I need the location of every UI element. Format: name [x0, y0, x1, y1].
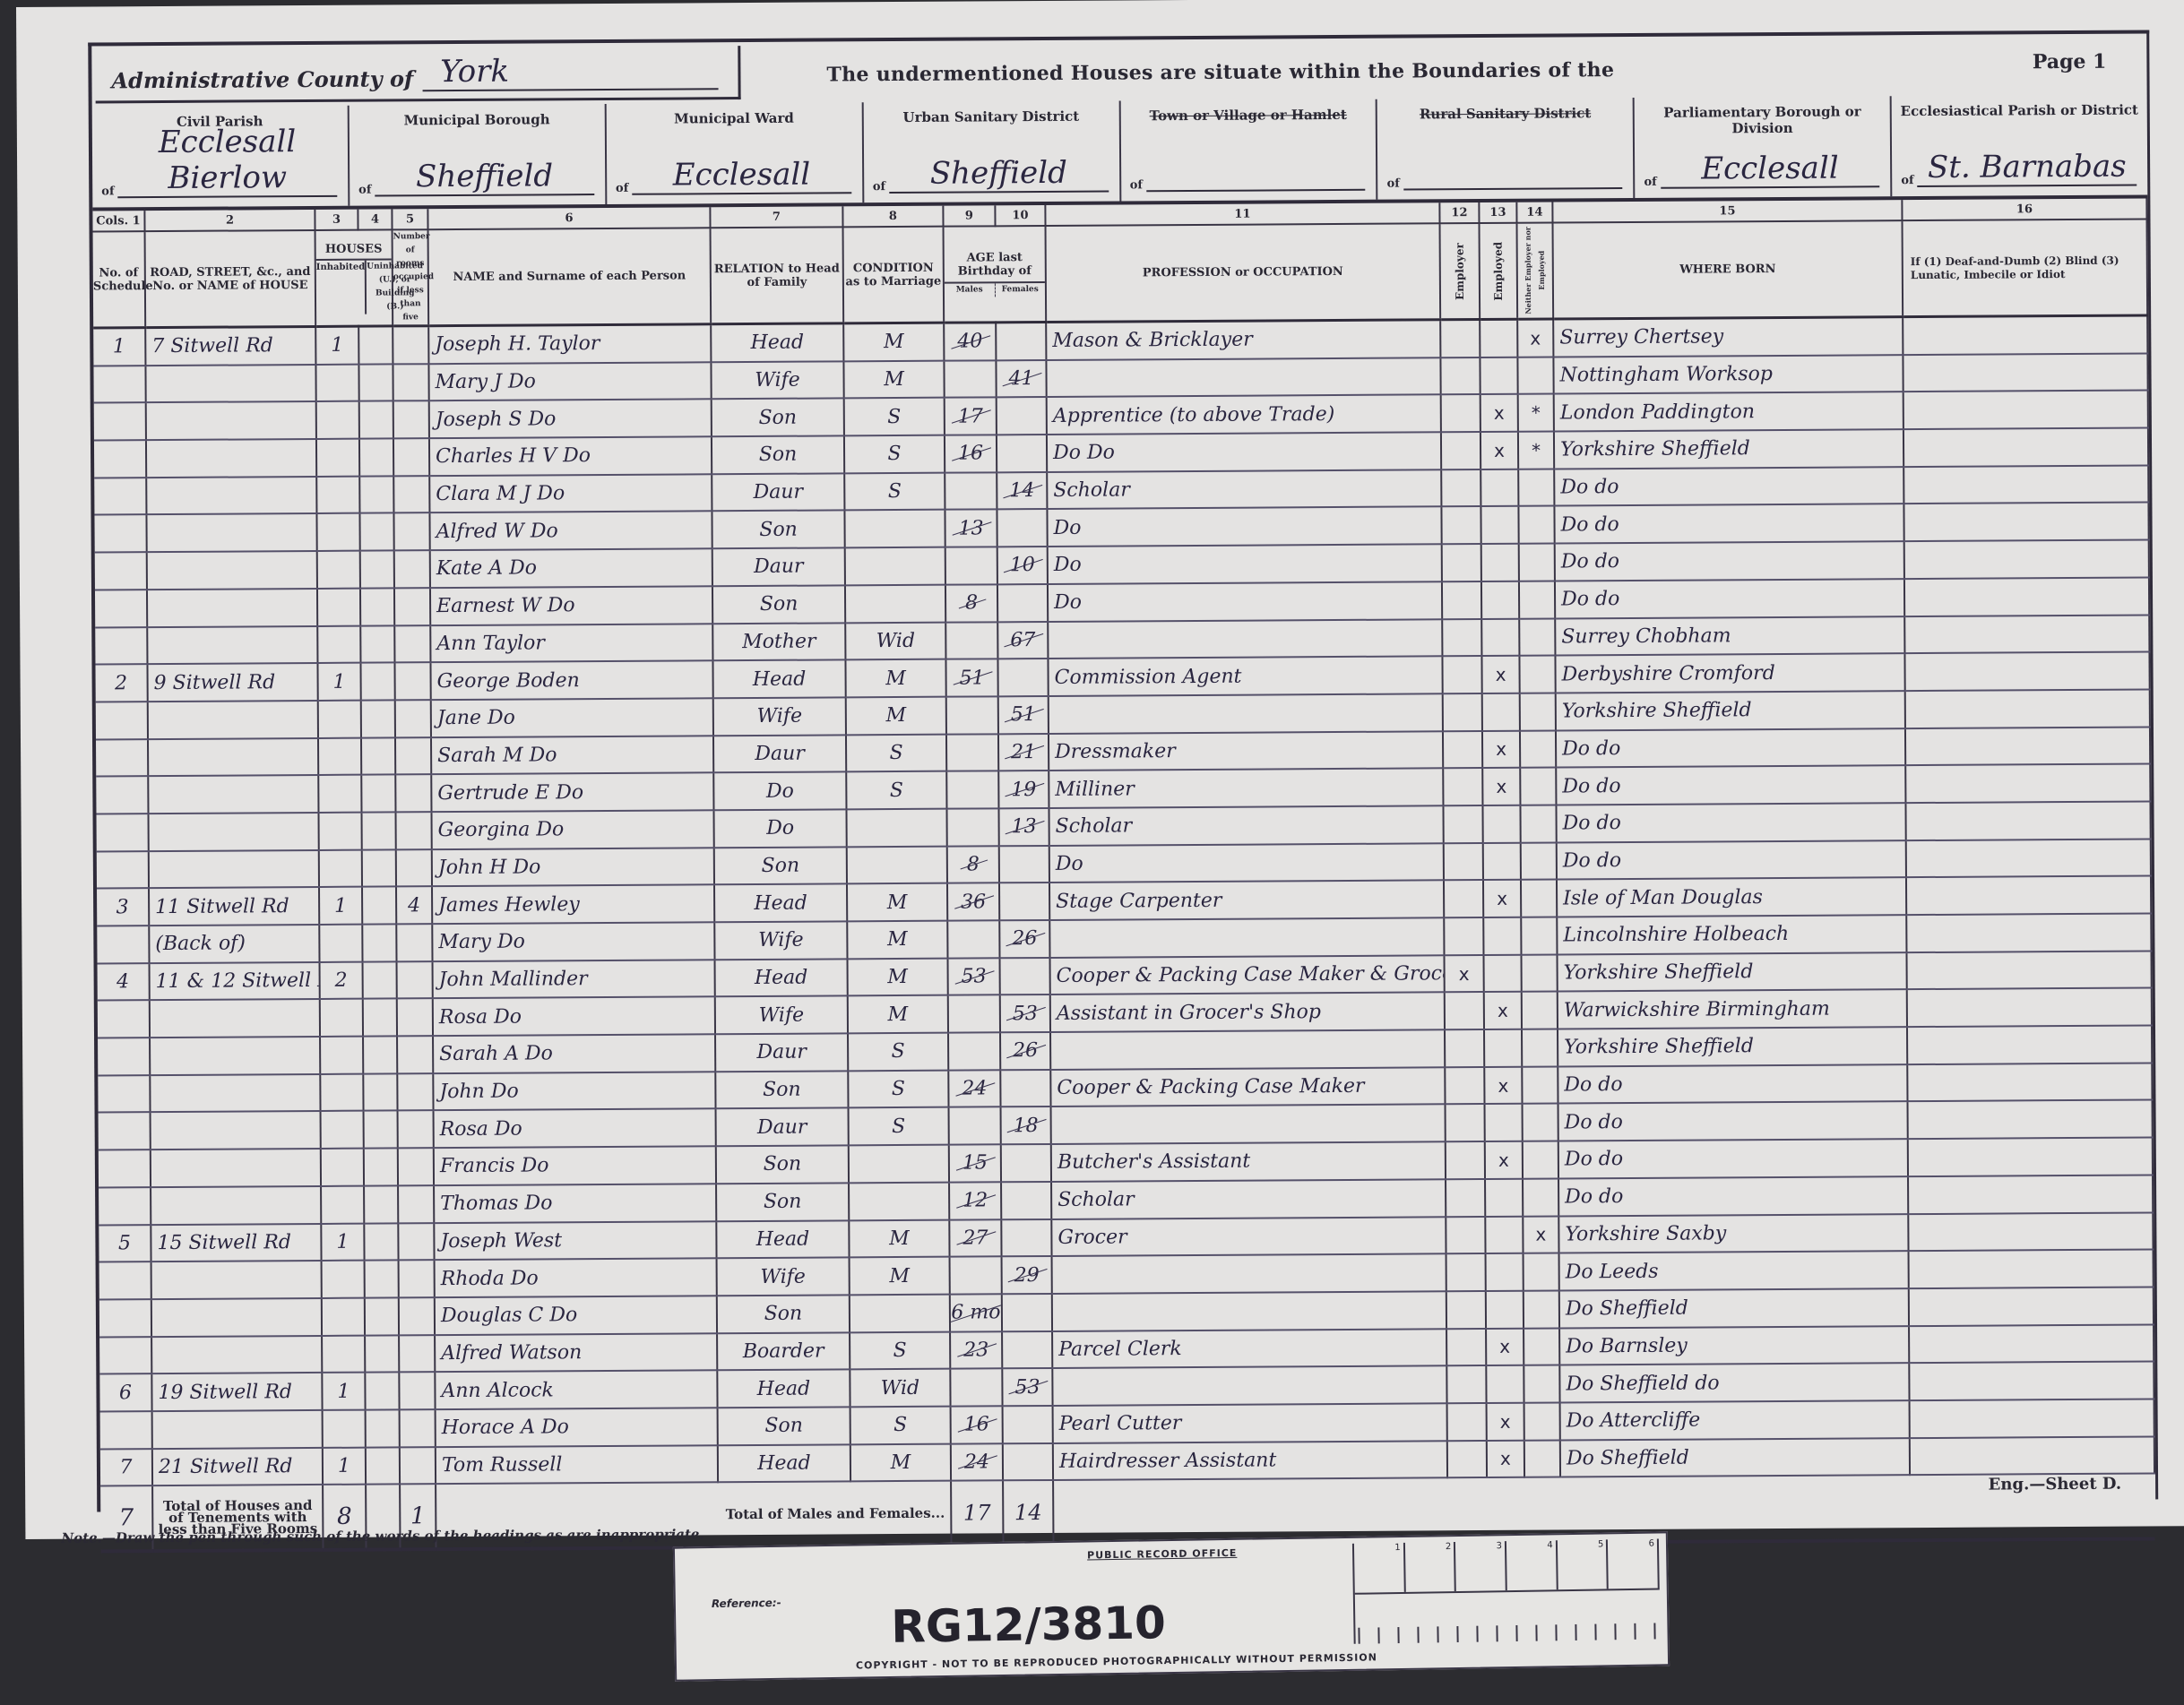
age-female — [997, 659, 1048, 696]
age-male-value: 40 — [957, 331, 982, 353]
age-female: 18 — [1001, 1107, 1051, 1144]
column-number: 6 — [427, 207, 710, 229]
header-males: Males — [945, 283, 996, 297]
age-male-value: 12 — [963, 1190, 988, 1212]
employer-mark — [1441, 394, 1480, 432]
employer-mark — [1443, 731, 1482, 769]
person-name: Rosa Do — [434, 1109, 716, 1149]
birthplace: Nottingham Worksop — [1553, 355, 1903, 394]
census-sheet: Administrative County of York The underm… — [16, 0, 2184, 1539]
empty-cell — [364, 1185, 398, 1223]
rooms-count — [399, 1335, 435, 1373]
occupation: Butcher's Assistant — [1051, 1141, 1446, 1181]
rooms-count — [399, 1297, 435, 1335]
address — [152, 1410, 323, 1449]
age-male: 8 — [945, 584, 997, 622]
neither-mark — [1524, 1290, 1559, 1328]
ruler-tick-label: 6 — [1608, 1538, 1660, 1589]
inhabited-count — [317, 551, 360, 589]
employed-mark: x — [1484, 992, 1522, 1029]
empty-cell — [358, 364, 393, 401]
employed-mark — [1484, 1029, 1522, 1067]
neither-mark — [1523, 1141, 1558, 1179]
age-female: 26 — [1000, 1032, 1050, 1070]
rooms-count — [400, 1409, 436, 1447]
occupation: Parcel Clerk — [1052, 1329, 1446, 1368]
relation: Daur — [713, 735, 846, 773]
age-male-value: 6 mo — [951, 1302, 1000, 1324]
age-male — [946, 696, 998, 734]
birthplace: Do do — [1556, 803, 1905, 842]
occupation: Milliner — [1049, 769, 1443, 808]
neither-mark — [1524, 1365, 1559, 1403]
birthplace: Do do — [1555, 579, 1904, 618]
schedule-number — [97, 814, 149, 851]
occupation: Stage Carpenter — [1049, 881, 1444, 920]
inhabited-count: 1 — [323, 1447, 366, 1485]
employer-mark — [1441, 469, 1480, 507]
condition: S — [848, 1033, 948, 1071]
address — [150, 1074, 320, 1113]
condition — [847, 846, 947, 883]
age-male: 13 — [945, 510, 997, 547]
birthplace: London Paddington — [1554, 392, 1903, 432]
empty-cell — [1909, 1250, 2154, 1288]
inhabited-count — [316, 476, 359, 513]
address — [150, 1037, 320, 1075]
area-civil-parish: Civil Parish ofEcclesall Bierlow — [92, 106, 350, 208]
rooms-count — [395, 737, 431, 775]
area-label: Rural Sanitary District — [1377, 105, 1633, 123]
relation: Do — [713, 809, 846, 848]
age-male — [945, 547, 997, 584]
age-female: 51 — [998, 696, 1049, 734]
age-female: 13 — [998, 808, 1049, 846]
column-number: 5 — [392, 209, 427, 229]
neither-mark: x — [1523, 1216, 1558, 1253]
occupation — [1052, 1291, 1446, 1330]
birthplace: Surrey Chertsey — [1553, 317, 1903, 357]
schedule-number — [96, 776, 148, 814]
schedule-number — [99, 1150, 151, 1187]
neither-mark — [1524, 1402, 1560, 1440]
employed-mark — [1481, 544, 1519, 581]
occupation — [1049, 917, 1444, 957]
inhabited-count — [317, 625, 360, 663]
condition: Wid — [845, 622, 945, 659]
relation: Son — [712, 435, 844, 474]
age-male-value: 16 — [964, 1414, 989, 1436]
person-name: Mary J Do — [428, 362, 711, 401]
rooms-count — [393, 513, 429, 551]
condition — [845, 547, 945, 585]
employer-mark — [1444, 917, 1483, 955]
occupation: Assistant in Grocer's Shop — [1050, 993, 1445, 1032]
birthplace: Lincolnshire Holbeach — [1557, 915, 1906, 954]
employer-mark — [1443, 805, 1482, 843]
condition: M — [847, 883, 947, 921]
empty-cell — [366, 1447, 400, 1485]
age-male: 24 — [948, 1070, 1000, 1107]
occupation: Mason & Bricklayer — [1046, 320, 1440, 360]
employer-mark — [1442, 544, 1481, 581]
age-female: 67 — [997, 621, 1048, 659]
relation: Daur — [712, 547, 845, 586]
inhabited-count: 1 — [317, 663, 360, 701]
age-female — [997, 397, 1047, 435]
relation: Son — [716, 1145, 849, 1184]
condition — [844, 510, 945, 547]
header-employed: Employed — [1480, 223, 1518, 320]
person-name: Kate A Do — [430, 548, 712, 588]
area-value — [1146, 189, 1366, 192]
inhabited-count — [316, 401, 359, 439]
age-female-value: 51 — [1011, 703, 1036, 726]
inhabited-count — [321, 1149, 364, 1186]
column-number: 12 — [1439, 202, 1479, 223]
address — [147, 551, 317, 590]
relation: Son — [712, 399, 844, 437]
empty-cell — [360, 625, 394, 663]
employer-mark — [1445, 992, 1484, 1029]
empty-cell — [361, 812, 395, 849]
age-male — [946, 808, 998, 846]
inhabited-count — [321, 1185, 364, 1223]
census-table-wrap: Cols. 12345678910111213141516 No. of Sch… — [92, 198, 2155, 1553]
age-female-value: 13 — [1012, 815, 1037, 838]
age-female — [999, 883, 1049, 920]
schedule-number — [98, 1075, 150, 1113]
empty-cell — [365, 1261, 399, 1298]
age-male-value: 13 — [958, 517, 983, 539]
condition: S — [846, 734, 946, 771]
age-female — [1001, 1144, 1051, 1182]
birthplace: Do do — [1556, 728, 1905, 768]
employer-mark — [1444, 880, 1483, 917]
empty-cell — [1905, 801, 2150, 840]
age-female — [1001, 1218, 1051, 1256]
rooms-count — [398, 1148, 434, 1185]
schedule-number — [99, 1337, 151, 1374]
birthplace: Yorkshire Sheffield — [1557, 952, 1906, 992]
inhabited-count: 2 — [320, 961, 363, 999]
area-value: St. Barnabas — [1917, 149, 2137, 187]
age-female: 21 — [998, 734, 1049, 771]
employed-mark: x — [1487, 1403, 1524, 1441]
person-name: James Hewley — [432, 885, 714, 925]
rooms-count — [394, 550, 430, 588]
person-name: Alfred Watson — [435, 1333, 717, 1373]
of-label: of — [616, 182, 628, 195]
address — [146, 513, 316, 552]
person-name: Sarah M Do — [431, 736, 713, 775]
empty-cell — [362, 887, 396, 925]
person-name: Clara M J Do — [429, 474, 712, 513]
address — [151, 1298, 322, 1337]
neither-mark — [1520, 730, 1556, 768]
condition: M — [848, 995, 948, 1033]
empty-cell — [363, 961, 397, 999]
empty-cell — [1909, 1287, 2154, 1325]
relation: Mother — [712, 623, 845, 661]
relation: Head — [712, 660, 845, 699]
column-number: 14 — [1516, 202, 1552, 223]
employer-mark — [1446, 1291, 1486, 1329]
area-label: Town or Village or Hamlet — [1120, 107, 1376, 125]
address — [148, 738, 318, 777]
birthplace: Do do — [1554, 467, 1903, 506]
employer-mark — [1440, 357, 1480, 395]
condition: M — [849, 1219, 949, 1257]
condition: M — [848, 958, 948, 995]
age-male: 23 — [950, 1331, 1002, 1369]
column-number: Cols. 1 — [92, 211, 144, 231]
relation: Head — [714, 884, 847, 923]
public-record-office-label: PUBLIC RECORD OFFICE — [1087, 1547, 1237, 1562]
empty-cell — [1908, 1100, 2153, 1139]
age-female-value: 53 — [1013, 1003, 1038, 1025]
age-male — [947, 920, 999, 958]
schedule-number — [94, 515, 146, 553]
inhabited-count — [320, 1073, 363, 1111]
schedule-number: 7 — [100, 1449, 152, 1486]
age-female — [999, 846, 1049, 883]
birthplace: Warwickshire Birmingham — [1558, 990, 1907, 1029]
person-name: Gertrude E Do — [431, 773, 713, 813]
person-name: Alfred W Do — [429, 512, 712, 551]
birthplace: Yorkshire Sheffield — [1554, 429, 1903, 469]
employer-mark — [1446, 1365, 1486, 1403]
relation: Son — [715, 1071, 848, 1109]
address — [147, 589, 317, 627]
empty-cell — [364, 1111, 398, 1149]
employed-mark: x — [1485, 1141, 1523, 1179]
schedule-number — [99, 1262, 151, 1299]
employed-mark: x — [1487, 1440, 1524, 1477]
reference-number: RG12/3810 — [891, 1597, 1166, 1653]
condition: S — [848, 1070, 948, 1107]
condition: M — [843, 360, 944, 398]
employed-mark — [1480, 357, 1517, 394]
empty-cell — [1909, 1324, 2154, 1363]
neither-mark — [1522, 992, 1558, 1029]
employed-mark — [1483, 842, 1521, 880]
rooms-count — [393, 476, 429, 513]
neither-mark: x — [1517, 319, 1553, 357]
empty-cell — [1905, 689, 2150, 728]
condition — [850, 1295, 950, 1332]
employed-mark — [1483, 954, 1521, 992]
address — [151, 1336, 322, 1374]
rooms-count — [395, 812, 431, 849]
neither-mark — [1523, 1178, 1558, 1216]
age-male — [945, 472, 997, 510]
occupation: Do Do — [1047, 432, 1441, 471]
address: 7 Sitwell Rd — [145, 326, 315, 365]
condition: M — [850, 1443, 951, 1481]
inhabited-count — [318, 737, 361, 775]
inhabited-count — [320, 1037, 363, 1074]
employer-mark — [1441, 432, 1480, 469]
employer-mark — [1446, 1329, 1486, 1366]
birthplace: Do do — [1558, 1064, 1907, 1104]
empty-cell — [1906, 839, 2151, 877]
sheet-id: Eng.—Sheet D. — [1989, 1475, 2122, 1494]
header-schedule: No. of Schedule — [93, 231, 146, 328]
inhabited-count — [321, 1111, 364, 1149]
employer-mark — [1445, 1029, 1484, 1067]
neither-mark — [1519, 618, 1555, 656]
employed-mark — [1486, 1291, 1524, 1329]
schedule-number — [99, 1113, 151, 1150]
area-value: Sheffield — [889, 155, 1109, 194]
condition: S — [850, 1407, 951, 1444]
empty-cell — [1903, 503, 2148, 541]
age-male — [949, 1107, 1001, 1145]
rooms-count — [399, 1260, 435, 1297]
of-label: of — [873, 180, 885, 194]
inhabited-count: 1 — [321, 1223, 364, 1261]
person-name: Douglas C Do — [435, 1296, 717, 1335]
occupation — [1050, 1029, 1445, 1069]
rooms-count — [394, 588, 430, 625]
area-value: Sheffield — [375, 158, 594, 196]
rooms-count — [397, 999, 433, 1037]
empty-cell — [361, 700, 395, 737]
person-name: Ann Taylor — [430, 624, 712, 663]
address — [151, 1261, 322, 1299]
inhabited-count — [322, 1261, 365, 1298]
person-name: Mary Do — [432, 922, 714, 961]
area-label: Municipal Borough — [350, 111, 605, 129]
empty-cell — [1903, 391, 2148, 429]
address: 11 Sitwell Rd — [149, 887, 319, 926]
occupation: Cooper & Packing Case Maker — [1050, 1067, 1445, 1107]
age-female-value: 19 — [1011, 779, 1036, 801]
schedule-number: 1 — [93, 328, 145, 366]
area-value: Ecclesall Bierlow — [117, 124, 337, 198]
neither-mark — [1518, 506, 1554, 544]
area-label: Parliamentary Borough or Division — [1635, 103, 1890, 137]
empty-cell — [1906, 876, 2151, 915]
person-name: Francis Do — [434, 1146, 716, 1185]
empty-cell — [1907, 1063, 2152, 1101]
rooms-count — [395, 700, 431, 737]
age-male: 27 — [949, 1219, 1001, 1257]
birthplace: Yorkshire Saxby — [1558, 1214, 1908, 1253]
empty-cell — [1903, 428, 2148, 467]
relation: Daur — [716, 1108, 849, 1147]
address — [151, 1149, 321, 1187]
neither-mark — [1524, 1440, 1560, 1477]
address: 15 Sitwell Rd — [151, 1223, 321, 1262]
employer-mark — [1442, 581, 1481, 619]
column-number: 4 — [358, 209, 392, 229]
employed-mark — [1485, 1179, 1523, 1217]
inhabited-count — [318, 701, 361, 738]
empty-cell — [365, 1373, 399, 1410]
age-male-value: 53 — [962, 965, 987, 987]
relation: Head — [717, 1370, 850, 1408]
age-male: 16 — [951, 1406, 1003, 1443]
column-number: 13 — [1479, 202, 1516, 223]
occupation: Scholar — [1049, 805, 1443, 845]
age-male — [946, 734, 998, 771]
empty-cell — [359, 439, 393, 477]
person-name: Jane Do — [431, 698, 713, 737]
age-female: 14 — [997, 472, 1047, 510]
age-male — [944, 360, 996, 398]
column-number: 16 — [1902, 198, 2146, 220]
address: 11 & 12 Sitwell Rd — [150, 962, 320, 1001]
birthplace: Do Sheffield — [1559, 1288, 1909, 1328]
schedule-number — [98, 1038, 150, 1075]
schedule-number: 6 — [99, 1373, 151, 1411]
inhabited-count — [323, 1410, 366, 1448]
employed-mark: x — [1486, 1328, 1524, 1365]
empty-cell — [365, 1335, 399, 1373]
schedule-number: 4 — [98, 963, 150, 1001]
census-rows: 17 Sitwell Rd1Joseph H. TaylorHeadM40Mas… — [93, 315, 2154, 1486]
neither-mark — [1517, 357, 1553, 394]
employer-mark — [1444, 843, 1483, 881]
header-occupation: PROFESSION or OCCUPATION — [1046, 223, 1441, 322]
person-name: George Boden — [430, 660, 712, 700]
person-name: Rosa Do — [433, 997, 715, 1037]
schedule-number — [93, 366, 145, 403]
age-female: 53 — [1000, 995, 1050, 1032]
condition: Wid — [850, 1369, 950, 1407]
relation: Wife — [715, 996, 848, 1035]
relation: Wife — [711, 361, 843, 400]
rooms-count — [393, 401, 429, 439]
person-name: Charles H V Do — [429, 436, 712, 476]
empty-cell — [1910, 1436, 2154, 1475]
employer-mark — [1446, 1179, 1485, 1217]
age-female — [1003, 1443, 1053, 1481]
neither-mark — [1522, 1066, 1558, 1104]
header-employer: Employer — [1440, 223, 1480, 320]
empty-cell — [363, 1073, 397, 1111]
address: (Back of) — [149, 925, 319, 963]
employed-mark: x — [1482, 730, 1520, 768]
age-male: 51 — [945, 659, 997, 697]
neither-mark — [1520, 768, 1556, 805]
neither-mark — [1518, 469, 1554, 506]
empty-cell — [1903, 353, 2147, 392]
column-headers: No. of Schedule ROAD, STREET, &c., and N… — [93, 219, 2148, 327]
empty-cell — [360, 588, 394, 625]
condition: M — [843, 323, 944, 361]
neither-mark — [1519, 544, 1555, 581]
condition — [846, 809, 946, 847]
employed-mark — [1482, 805, 1520, 843]
header-neither: Neither Employer nor Employed — [1517, 223, 1554, 320]
age-male: 16 — [945, 435, 997, 472]
inhabited-count — [322, 1335, 365, 1373]
empty-cell — [360, 551, 394, 589]
column-number: 3 — [315, 210, 358, 230]
person-name: Joseph West — [434, 1221, 716, 1261]
person-name: John Mallinder — [433, 960, 715, 999]
employed-mark — [1481, 618, 1519, 656]
birthplace: Isle of Man Douglas — [1557, 877, 1906, 917]
header-where-born: WHERE BORN — [1553, 220, 1903, 319]
age-female — [1003, 1406, 1053, 1443]
relation: Boarder — [717, 1332, 850, 1371]
occupation — [1051, 1105, 1446, 1144]
census-form: Administrative County of York The underm… — [88, 30, 2158, 1511]
